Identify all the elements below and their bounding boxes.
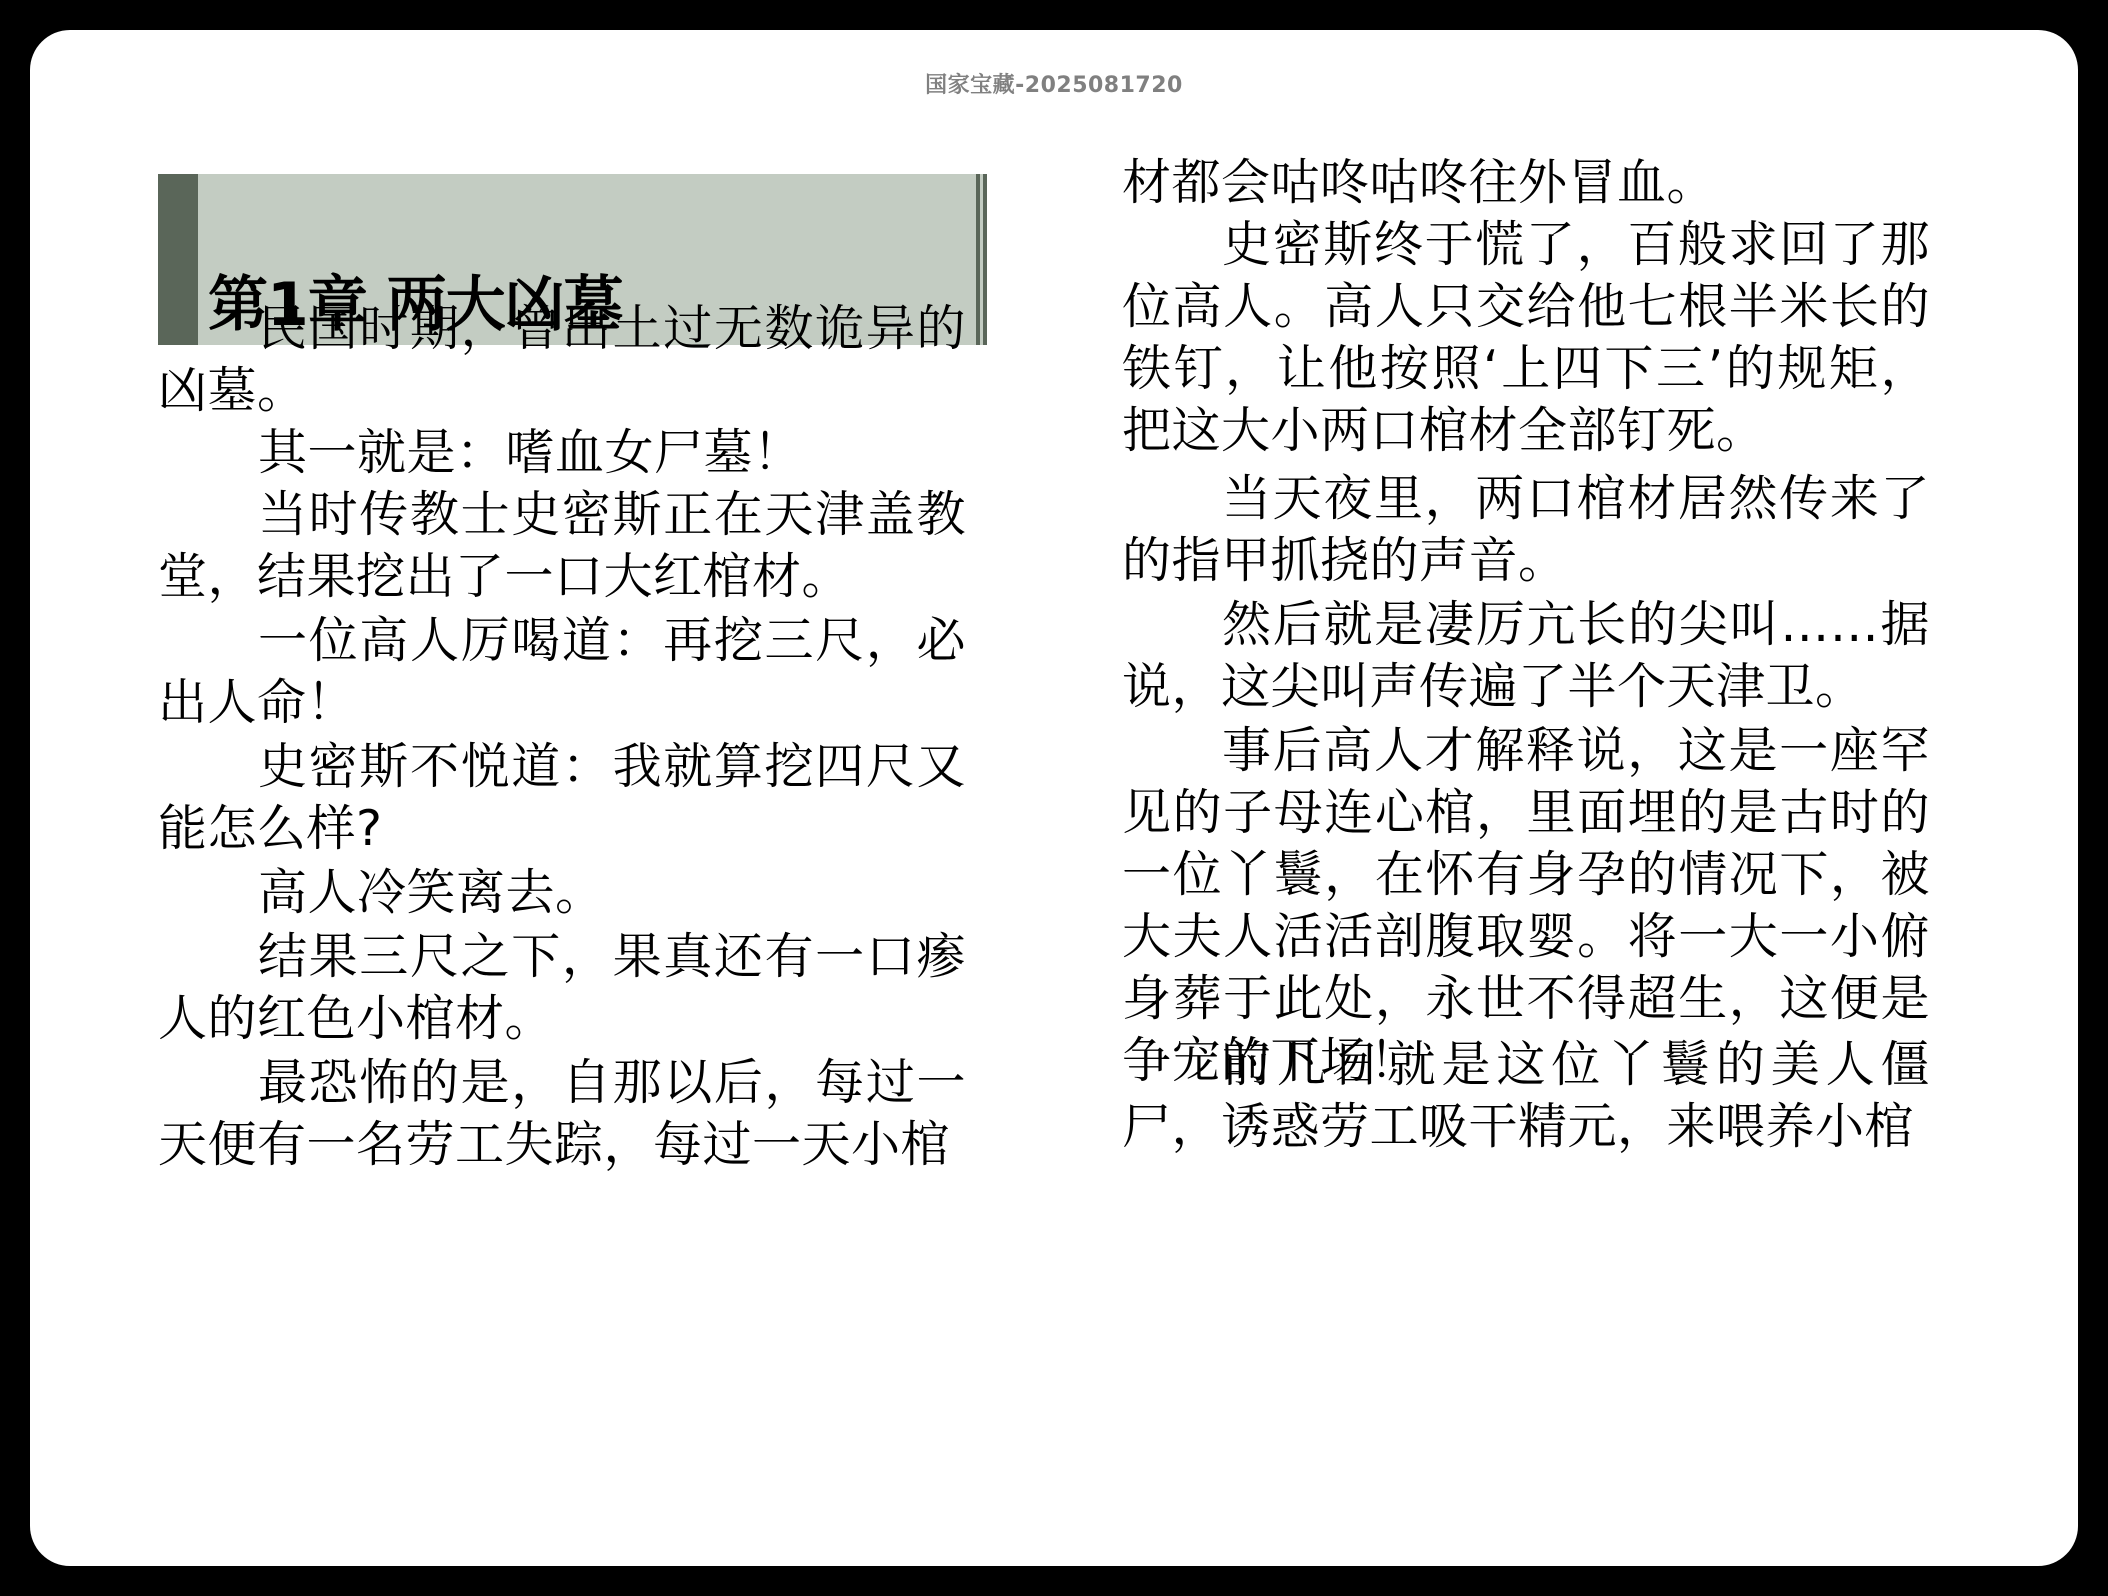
paragraph: 结果三尺之下，果真还有一口瘆人的红色小棺材。 [158,926,966,1050]
paragraph: 材都会咕咚咕咚往外冒血。 [1122,152,1930,214]
paragraph: 史密斯不悦道：我就算挖四尺又能怎么样? [158,736,966,860]
paragraph: 高人冷笑离去。 [158,862,966,924]
paragraph: 最恐怖的是，自那以后，每过一天便有一名劳工失踪，每过一天小棺 [158,1052,966,1176]
paragraph: 史密斯终于慌了，百般求回了那位高人。高人只交给他七根半米长的铁钉，让他按照‘上四… [1122,214,1930,462]
paragraph: 其一就是：嗜血女尸墓！ [158,422,966,484]
running-title: 国家宝藏-2025081720 [30,68,2078,99]
paragraph: 前几日就是这位丫鬟的美人僵尸，诱惑劳工吸干精元，来喂养小棺 [1122,1034,1930,1158]
paragraph: 当时传教士史密斯正在天津盖教堂，结果挖出了一口大红棺材。 [158,484,966,608]
chapter-heading-right-rule [976,174,980,345]
book-page: 国家宝藏-2025081720 第1章 两大凶墓 民国时期，曾出土过无数诡异的凶… [30,30,2078,1566]
paragraph: 当天夜里，两口棺材居然传来了的指甲抓挠的声音。 [1122,468,1930,592]
paragraph: 一位高人厉喝道：再挖三尺，必出人命！ [158,610,966,734]
chapter-heading-right-rule [983,174,987,345]
paragraph: 然后就是凄厉亢长的尖叫……据说，这尖叫声传遍了半个天津卫。 [1122,594,1930,718]
paragraph: 民国时期，曾出土过无数诡异的凶墓。 [158,298,966,422]
